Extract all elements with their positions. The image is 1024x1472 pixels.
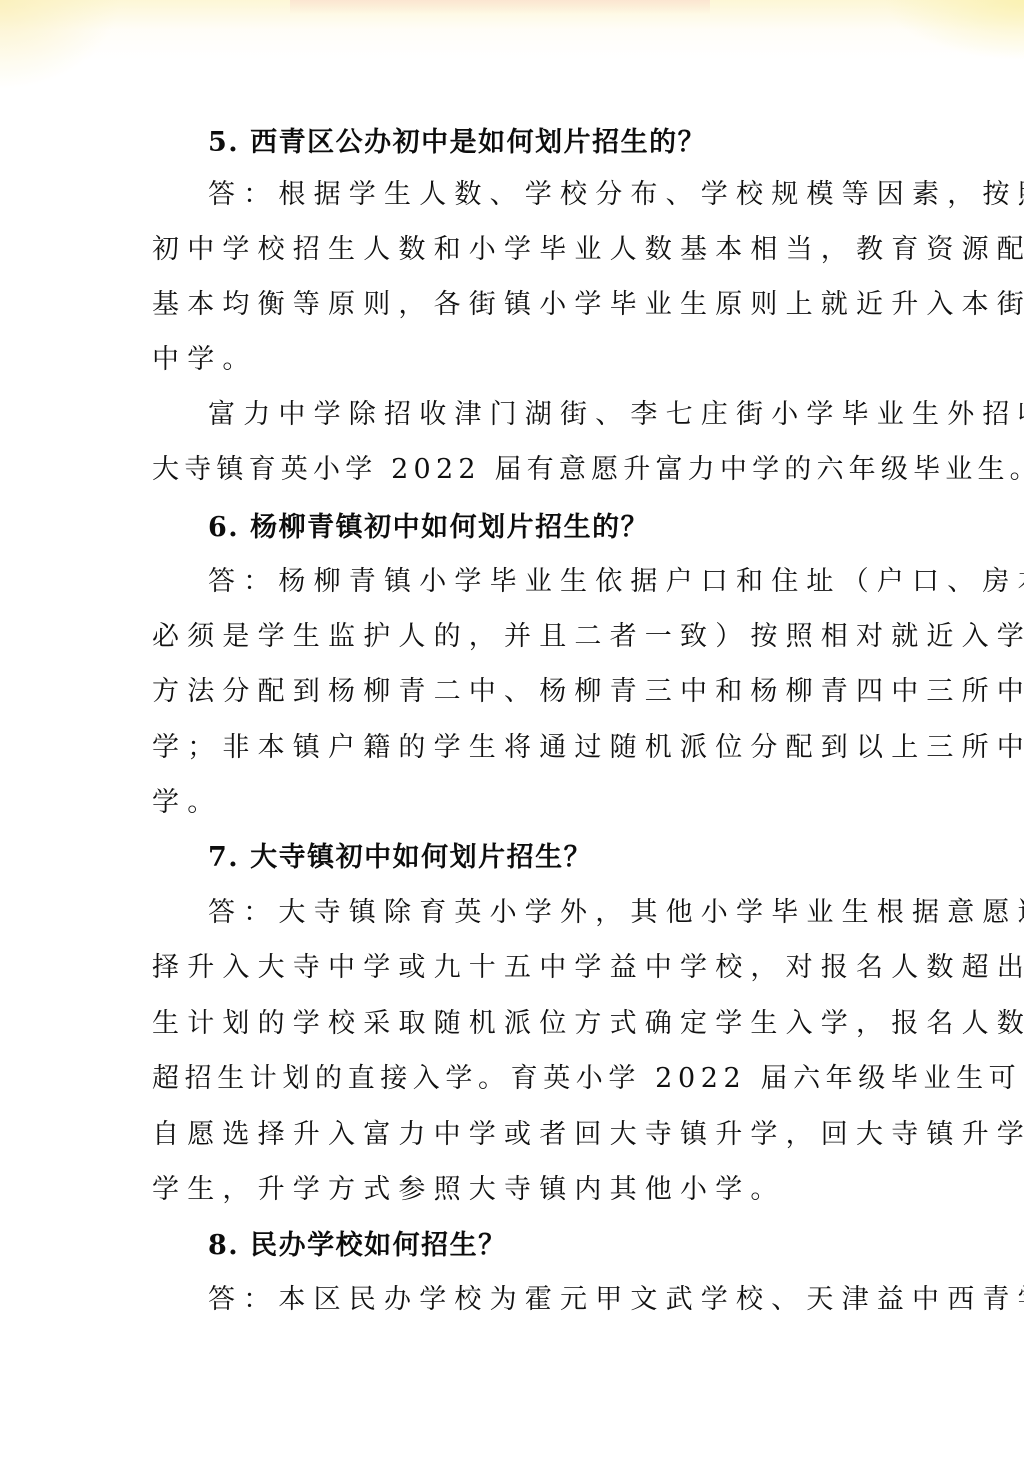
answer-line: 超招生计划的直接入学。育英小学 2022 届六年级毕业生可: [152, 1059, 892, 1099]
section-heading-5: 5. 西青区公办初中是如何划片招生的？: [208, 123, 948, 163]
document-page: 5. 西青区公办初中是如何划片招生的？ 答：根据学生人数、学校分布、学校规模等因…: [0, 0, 1024, 1472]
answer-line: 初中学校招生人数和小学毕业人数基本相当，教育资源配置: [152, 230, 892, 270]
answer-line: 自愿选择升入富力中学或者回大寺镇升学，回大寺镇升学的: [152, 1115, 892, 1155]
section-heading-7: 7. 大寺镇初中如何划片招生？: [208, 838, 948, 878]
answer-line: 生计划的学校采取随机派位方式确定学生入学，报名人数未: [152, 1004, 892, 1044]
answer-line: 答：大寺镇除育英小学外，其他小学毕业生根据意愿选: [208, 893, 948, 933]
paragraph-line: 大寺镇育英小学 2022 届有意愿升富力中学的六年级毕业生。: [152, 450, 892, 490]
answer-line: 学生，升学方式参照大寺镇内其他小学。: [152, 1170, 892, 1210]
answer-line: 答：杨柳青镇小学毕业生依据户口和住址（户口、房本: [208, 562, 948, 602]
answer-line: 必须是学生监护人的，并且二者一致）按照相对就近入学的: [152, 617, 892, 657]
answer-line: 择升入大寺中学或九十五中学益中学校，对报名人数超出招: [152, 948, 892, 988]
answer-line: 答：本区民办学校为霍元甲文武学校、天津益中西青学: [208, 1280, 948, 1320]
section-heading-6: 6. 杨柳青镇初中如何划片招生的？: [208, 508, 948, 548]
section-heading-8: 8. 民办学校如何招生？: [208, 1226, 948, 1266]
answer-line: 基本均衡等原则，各街镇小学毕业生原则上就近升入本街镇: [152, 285, 892, 325]
paragraph-line: 富力中学除招收津门湖街、李七庄街小学毕业生外招收: [208, 395, 948, 435]
answer-line: 中学。: [152, 340, 892, 380]
answer-line: 答：根据学生人数、学校分布、学校规模等因素，按照: [208, 175, 948, 215]
answer-line: 方法分配到杨柳青二中、杨柳青三中和杨柳青四中三所中: [152, 672, 892, 712]
answer-line: 学；非本镇户籍的学生将通过随机派位分配到以上三所中: [152, 728, 892, 768]
answer-line: 学。: [152, 783, 892, 823]
